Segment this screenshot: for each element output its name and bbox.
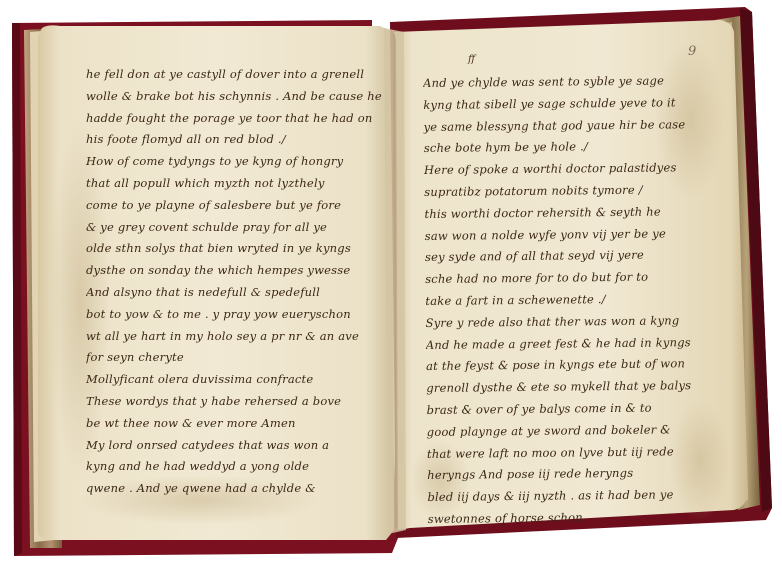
text-line: How of come tydyngs to ye kyng of hongry — [86, 151, 386, 173]
text-line: for seyn cheryte — [86, 347, 386, 369]
text-line: And he made a greet fest & he had in kyn… — [426, 331, 726, 356]
text-line: that were laft no moo on lyve but iij re… — [427, 440, 727, 465]
text-line: And ye chylde was sent to syble ye sage — [423, 70, 723, 95]
text-line: sche had no more for to do but for to — [425, 266, 725, 291]
text-line: bot to yow & to me . y pray yow euerysch… — [86, 304, 386, 326]
text-line: My lord onrsed catydees that was won a — [86, 435, 386, 457]
text-line: kyng that sibell ye sage schulde yeve to… — [423, 92, 723, 117]
folio-mark-top: ff — [468, 54, 475, 65]
text-line: ye same blessyng that god yaue hir be ca… — [423, 113, 723, 138]
text-line: that all popull which myzth not lyzthely — [86, 173, 386, 195]
text-line: at the feyst & pose in kyngs ete but of … — [426, 353, 726, 378]
text-line: supratibz potatorum nobits tymore / — [424, 179, 724, 204]
left-page-text: he fell don at ye castyll of dover into … — [86, 64, 386, 500]
text-line: take a fart in a schewenette ./ — [425, 288, 725, 313]
text-line: qwene . And ye qwene had a chylde & — [86, 478, 386, 500]
text-line: wolle & brake bot his schynnis . And be … — [86, 86, 386, 108]
text-line: And alsyno that is nedefull & spedefull — [86, 282, 386, 304]
text-line: he fell don at ye castyll of dover into … — [86, 64, 386, 86]
text-line: sche bote hym be ye hole ./ — [424, 135, 724, 160]
manuscript-photograph: ff 9 he fell don at ye castyll of dover … — [0, 0, 782, 561]
text-line: Mollyficant olera duvissima confracte — [86, 369, 386, 391]
text-line: his foote flomyd all on red blod ./ — [86, 129, 386, 151]
text-line: be wt thee now & ever more Amen — [86, 413, 386, 435]
text-line: hadde fought the porage ye toor that he … — [86, 108, 386, 130]
text-line: saw won a nolde wyfe yonv vij yer be ye — [425, 222, 725, 247]
folio-number: 9 — [688, 44, 696, 59]
text-line: dysthe on sonday the which hempes ywesse — [86, 260, 386, 282]
text-line: Here of spoke a worthi doctor palastidye… — [424, 157, 724, 182]
text-line: olde sthn solys that bien wryted in ye k… — [86, 238, 386, 260]
text-line: swetonnes of horse schon — [428, 506, 728, 531]
text-line: wt all ye hart in my holo sey a pr nr & … — [86, 326, 386, 348]
text-line: good playnge at ye sword and bokeler & — [427, 419, 727, 444]
text-line: grenoll dysthe & ete so mykell that ye b… — [426, 375, 726, 400]
right-page-text: And ye chylde was sent to syble ye sage … — [423, 70, 728, 531]
text-line: bled iij days & iij nyzth . as it had be… — [427, 484, 727, 509]
text-line: this worthi doctor rehersith & seyth he — [424, 201, 724, 226]
text-line: kyng and he had weddyd a yong olde — [86, 456, 386, 478]
text-line: Syre y rede also that ther was won a kyn… — [426, 310, 726, 335]
text-line: sey syde and of all that seyd vij yere — [425, 244, 725, 269]
text-line: brast & over of ye balys come in & to — [426, 397, 726, 422]
text-line: & ye grey covent schulde pray for all ye — [86, 217, 386, 239]
text-line: come to ye playne of salesbere but ye fo… — [86, 195, 386, 217]
text-line: heryngs And pose iij rede heryngs — [427, 462, 727, 487]
text-line: These wordys that y habe rehersed a bove — [86, 391, 386, 413]
